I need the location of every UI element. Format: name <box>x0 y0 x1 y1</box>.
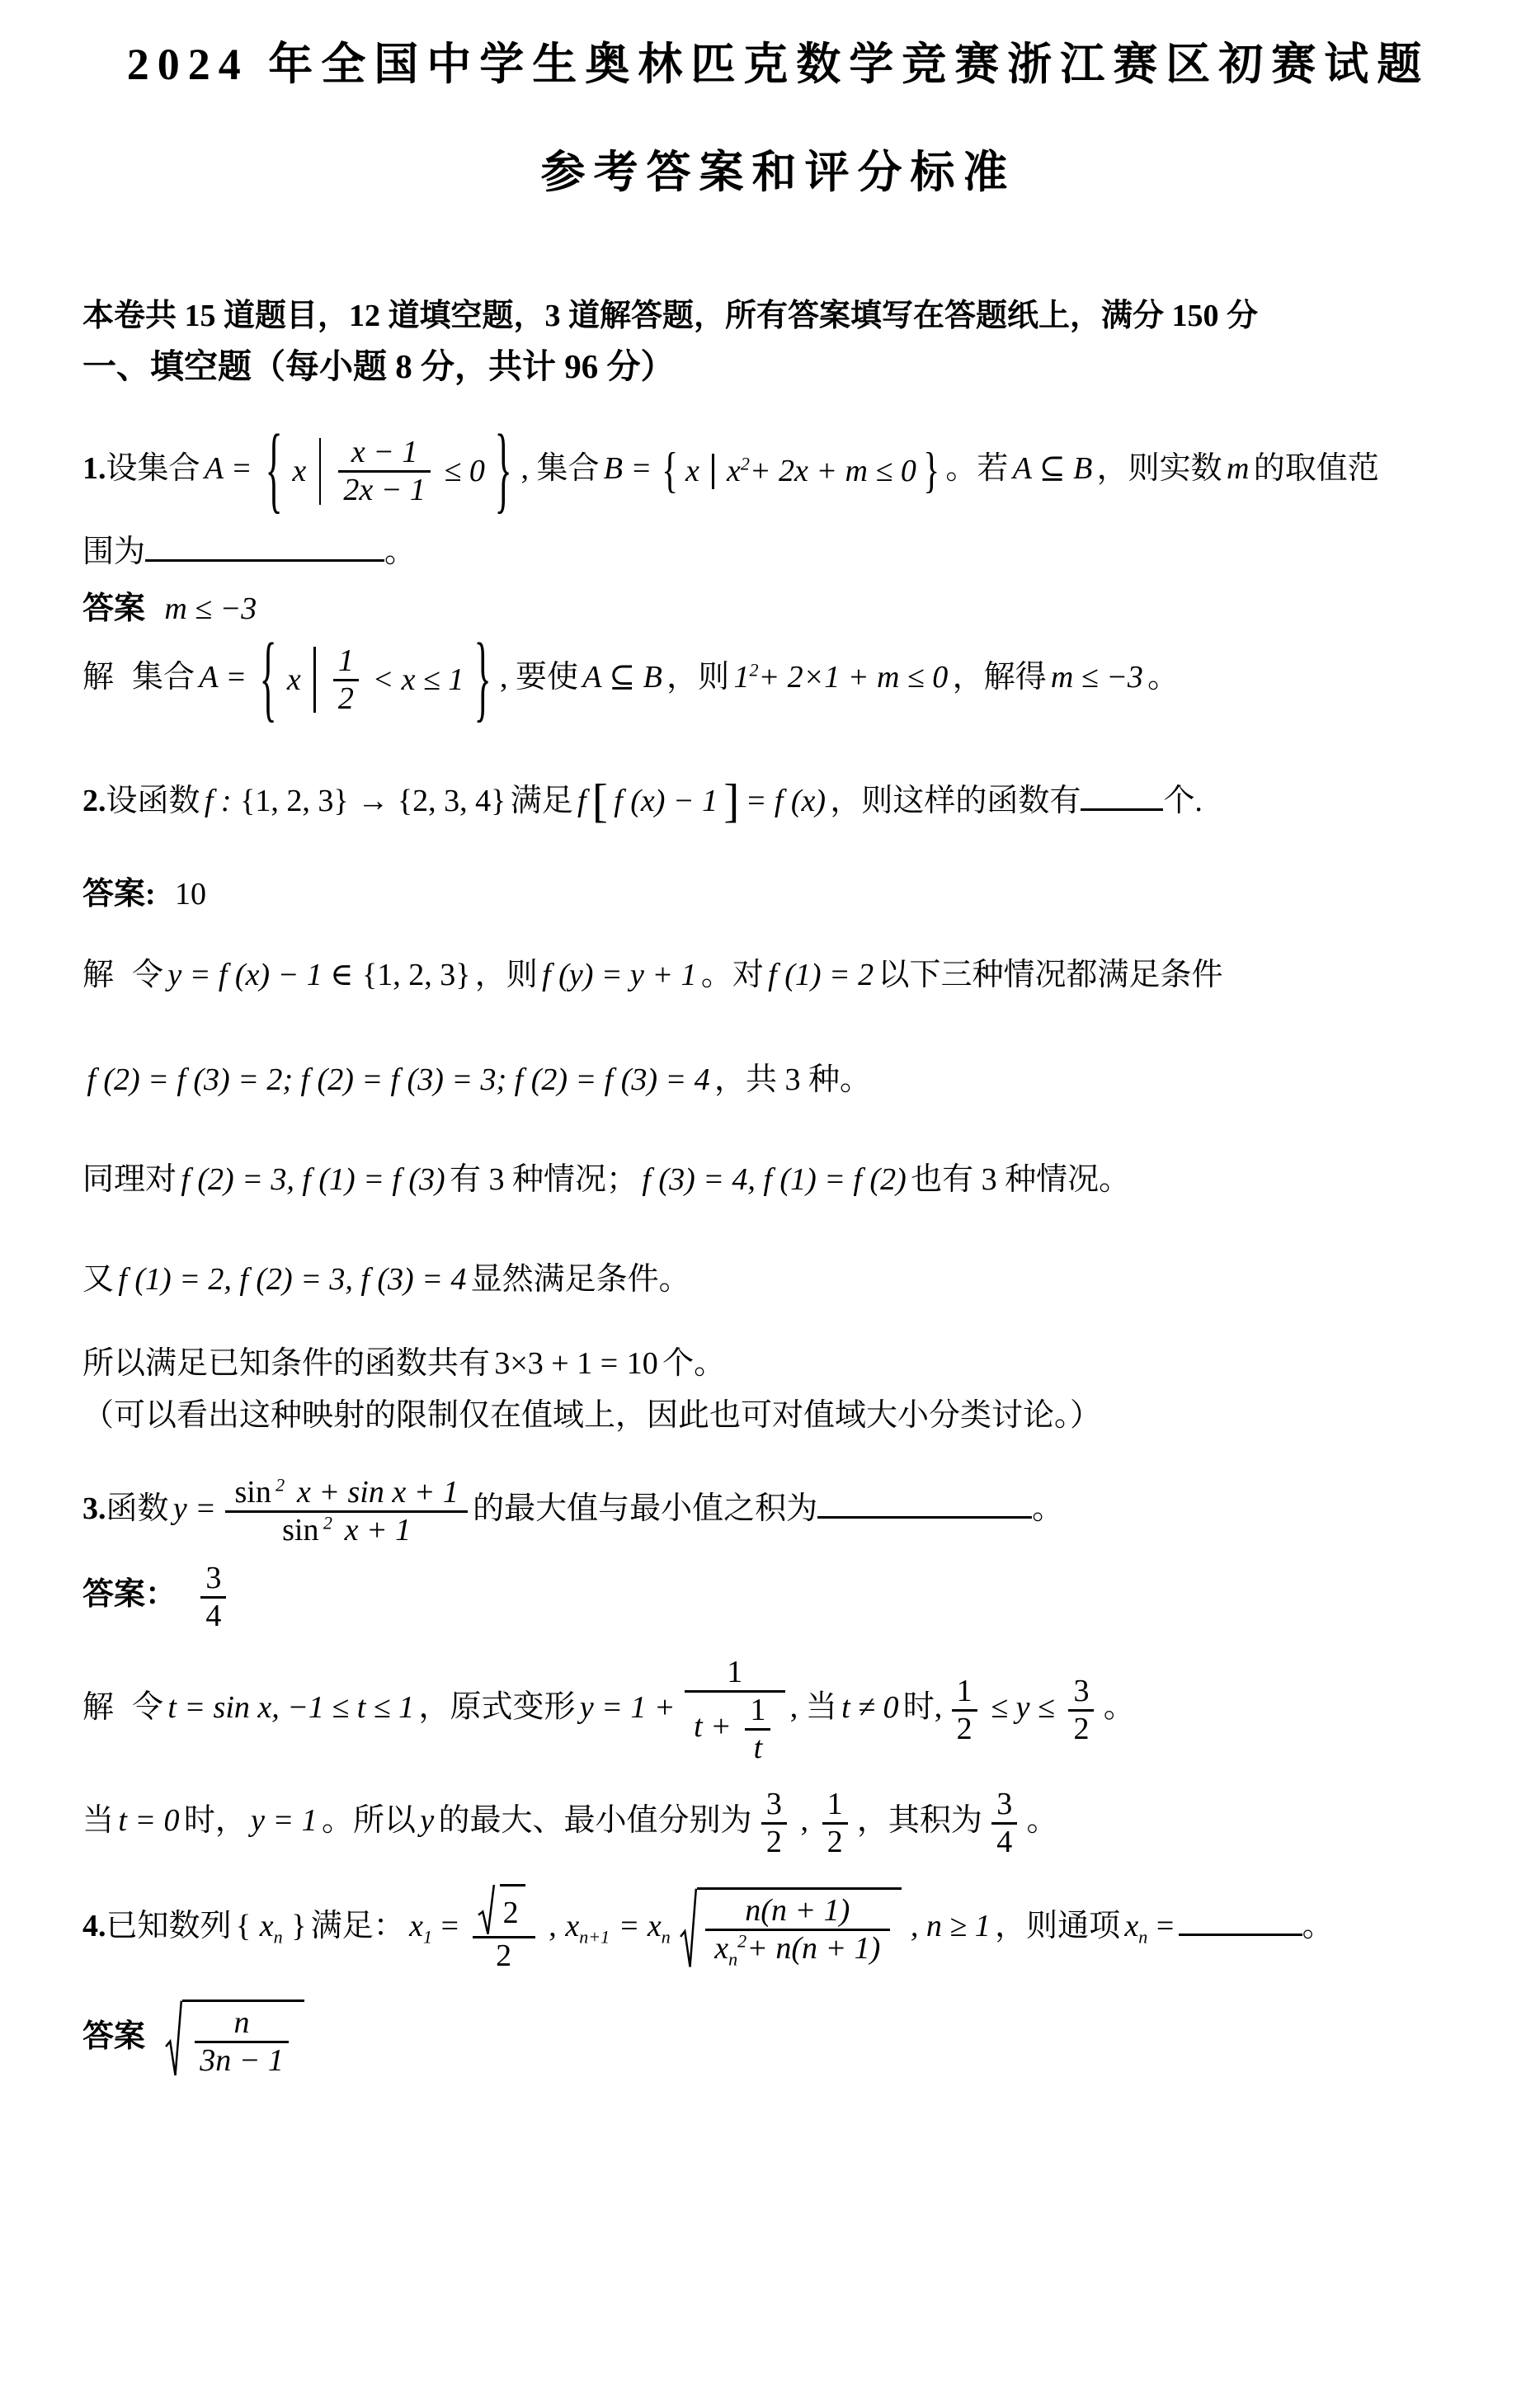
solution-label: 解 <box>82 1690 114 1725</box>
fraction-denominator: 2 <box>822 1822 848 1860</box>
fraction-numerator: sin2 x + sin x + 1 <box>225 1475 468 1510</box>
math-fraction: 12 <box>817 1787 852 1859</box>
section-1-header: 一、填空题（每小题 8 分，共计 96 分） <box>82 344 1474 389</box>
right-brace: } <box>291 1909 306 1943</box>
math-token: xn <box>260 1909 283 1943</box>
math-fraction: sin2 x + sin x + 1sin2 x + 1 <box>225 1475 468 1547</box>
solution-text: 又 <box>82 1262 114 1297</box>
fraction-denominator: 2 <box>473 1936 535 1974</box>
math-base: x <box>1124 1909 1138 1943</box>
radicand: 2 <box>500 1884 525 1936</box>
solution-text: 。 <box>1104 1690 1135 1725</box>
right-bracket: ] <box>723 775 739 827</box>
problem-1-text: 围为 <box>82 535 145 569</box>
left-brace: { <box>662 437 679 505</box>
sin-function: sin <box>282 1513 318 1547</box>
fraction-numerator: 3 <box>761 1787 787 1822</box>
math-fraction: 32 <box>757 1787 792 1859</box>
math-fraction: 32 <box>1064 1674 1099 1746</box>
square-root: 2 <box>478 1884 530 1936</box>
math-token: t = 0 <box>118 1803 179 1838</box>
answer-blank <box>1179 1906 1302 1936</box>
math-token: t + <box>694 1709 732 1744</box>
problem-2-text: ，则这样的函数有 <box>830 784 1081 818</box>
fraction-denominator: sin2 x + 1 <box>225 1510 468 1548</box>
problem-1-text: , 集合 <box>520 451 599 486</box>
math-token: y = <box>173 1491 216 1526</box>
solution-label: 解 <box>82 660 114 695</box>
math-fraction: 12 <box>947 1674 982 1746</box>
solution-text: 的最大、最小值分别为 <box>439 1803 752 1838</box>
math-token: 12+ 2×1 + m ≤ 0 <box>734 660 949 695</box>
problem-2-solution-line-3: 同理对f (2) = 3, f (1) = f (3)有 3 种情况；f (3)… <box>82 1159 1474 1201</box>
answer-fraction: n3n − 1 <box>191 2005 293 2078</box>
comma: , <box>549 1909 557 1943</box>
math-subscript: n <box>274 1927 283 1948</box>
problem-2-number: 2. <box>82 784 106 818</box>
solution-text: , 当 <box>790 1690 837 1725</box>
math-fraction: 34 <box>987 1787 1022 1859</box>
solution-text: 。 <box>1027 1803 1058 1838</box>
solution-text: 令 <box>132 1690 163 1725</box>
fraction-numerator: x − 1 <box>338 435 431 470</box>
solution-text: 时， <box>184 1803 247 1838</box>
answer-blank <box>1081 781 1163 811</box>
solution-text: ，则 <box>666 660 729 695</box>
right-brace: } <box>473 615 491 746</box>
math-subscript: n <box>728 1949 737 1970</box>
problem-1-statement: 1.设集合A ={xx − 12x − 1≤ 0}, 集合B ={xx2+ 2x… <box>82 435 1474 507</box>
problem-3-solution-line-1: 解令t = sin x, −1 ≤ t ≤ 1，原式变形y = 1 +1t +1… <box>82 1655 1474 1765</box>
math-token: m ≤ −3 <box>1051 660 1143 695</box>
math-token: = xn <box>619 1909 671 1943</box>
problem-4-text: 已知数列 <box>106 1909 232 1943</box>
fraction-denominator: 3n − 1 <box>195 2041 289 2079</box>
math-token: ≤ y ≤ <box>991 1690 1055 1725</box>
math-token: , n ≥ 1 <box>911 1909 991 1943</box>
solution-text: ，解得 <box>953 660 1047 695</box>
problem-1-number: 1. <box>82 451 106 486</box>
answer-label: 答案: <box>82 877 156 911</box>
set-divider-bar <box>319 438 322 504</box>
problem-3-text: 。 <box>1032 1491 1063 1526</box>
math-token: A ⊆ B <box>1013 451 1093 486</box>
problem-2-solution-line-5: 所以满足已知条件的函数共有3×3 + 1 =10个。 <box>82 1343 1474 1385</box>
solution-text: ，原式变形 <box>418 1690 575 1725</box>
set-B-notation: {xx2+ 2x + m ≤ 0} <box>659 450 942 492</box>
left-brace: { <box>260 615 277 746</box>
right-brace: } <box>495 406 512 537</box>
math-fraction: x − 12x − 1 <box>334 435 435 507</box>
problem-3-solution-line-2: 当t = 0时，y = 1。所以y的最大、最小值分别为32,12，其积为34。 <box>82 1787 1474 1859</box>
problem-2-solution-line-1: 解令y = f (x) − 1 ∈{1, 2, 3}，则f (y) = y + … <box>82 954 1474 996</box>
solution-text: 也有 3 种情况。 <box>911 1162 1130 1197</box>
solution-text: 。 <box>1147 660 1179 695</box>
math-token: f (1) = 2, f (2) = 3, f (3) = 4 <box>118 1262 466 1297</box>
fraction-numerator: 3 <box>200 1561 226 1596</box>
problem-1-solution: 解集合A ={x12< x ≤ 1}, 要使A ⊆ B，则12+ 2×1 + m… <box>82 643 1474 716</box>
math-superscript: 2 <box>750 659 759 680</box>
solution-text: 同理对 <box>82 1162 177 1197</box>
answer-value: 10 <box>175 877 206 911</box>
radicand: n3n − 1 <box>182 2000 304 2078</box>
problem-2-text: 满足 <box>511 784 573 818</box>
math-subscript: n+1 <box>579 1927 610 1948</box>
problem-4-text: 。 <box>1302 1909 1334 1943</box>
math-subscript: 1 <box>423 1927 432 1948</box>
solution-text: 当 <box>82 1803 114 1838</box>
square-root: n(n + 1)xn2+ n(n + 1) <box>680 1887 902 1970</box>
math-token: + 2×1 + m ≤ 0 <box>759 660 949 695</box>
math-superscript: 2 <box>741 453 750 473</box>
math-token: + n(n + 1) <box>746 1931 880 1966</box>
solution-text: 。对 <box>701 958 764 992</box>
math-token: y = 1 + <box>580 1690 676 1725</box>
math-token: A = <box>199 660 247 695</box>
right-brace: } <box>923 437 940 505</box>
math-token: x + sin x + 1 <box>289 1475 458 1510</box>
solution-text: 时, <box>903 1690 943 1725</box>
inner-fraction: 1t <box>741 1693 775 1765</box>
problem-1-text: 。 <box>384 535 416 569</box>
problem-2-text: 个. <box>1163 784 1203 818</box>
document-page: 2024 年全国中学生奥林匹克数学竞赛浙江赛区初赛试题 参考答案和评分标准 本卷… <box>0 0 1540 2079</box>
set-A-notation: {xx − 12x − 1≤ 0} <box>260 435 518 507</box>
fraction-denominator: t +1t <box>685 1690 785 1765</box>
problem-2-solution-note: （可以看出这种映射的限制仅在值域上，因此也可对值域大小分类讨论。） <box>82 1395 1474 1437</box>
fraction-numerator: 2 <box>468 1884 539 1936</box>
problem-2-solution-line-2: f (2) = f (3) = 2; f (2) = f (3) = 3; f … <box>82 1059 1474 1101</box>
solution-label: 解 <box>82 958 114 992</box>
problem-1-text: ，则实数 <box>1097 451 1222 486</box>
square-root: n3n − 1 <box>165 2000 304 2078</box>
fraction-numerator: 1 <box>689 1655 780 1690</box>
fraction-numerator: 1 <box>745 1693 770 1728</box>
math-token: A = <box>205 451 252 486</box>
math-token: xn <box>1124 1909 1147 1943</box>
solution-text: , 要使 <box>500 660 578 695</box>
problem-4-text: 满足： <box>311 1909 405 1943</box>
fraction-denominator: xn2+ n(n + 1) <box>705 1929 890 1970</box>
math-subscript: n <box>662 1927 671 1948</box>
math-token: f (2) = f (3) = 2; f (2) = f (3) = 3; f … <box>87 1062 709 1097</box>
problem-2-text: 设函数 <box>106 784 200 818</box>
solution-text: 集合 <box>132 660 195 695</box>
math-token: + 2x + m ≤ 0 <box>750 454 916 488</box>
math-token: f <box>577 784 586 818</box>
math-fraction: n(n + 1)xn2+ n(n + 1) <box>705 1893 890 1970</box>
fraction-denominator: 2 <box>761 1822 787 1860</box>
problem-2-answer: 答案:10 <box>82 874 1474 916</box>
math-subscript: n <box>1138 1927 1147 1948</box>
answer-label: 答案 <box>82 591 145 626</box>
left-brace: { <box>265 406 282 537</box>
math-token: 10 <box>627 1346 658 1381</box>
problem-2-statement: 2.设函数f :{1, 2, 3}→{2, 3, 4}满足f[f (x) − 1… <box>82 780 1474 827</box>
problem-4-answer: 答案n3n − 1 <box>82 2000 1474 2078</box>
problem-4-text: ，则通项 <box>995 1909 1120 1943</box>
math-token: x <box>287 659 301 701</box>
fraction-denominator: 4 <box>200 1596 226 1634</box>
radical-sign <box>165 2000 182 2078</box>
problem-1-answer: 答案m ≤ −3 <box>82 588 1474 630</box>
problem-2-solution-line-4: 又f (1) = 2, f (2) = 3, f (3) = 4显然满足条件。 <box>82 1259 1474 1301</box>
fraction-denominator: 2 <box>333 679 359 717</box>
arrow-symbol: → <box>357 784 389 818</box>
math-token: A ⊆ B <box>582 660 662 695</box>
solution-text: ，共 3 种。 <box>714 1062 871 1097</box>
problem-4-number: 4. <box>82 1909 106 1943</box>
answer-blank <box>817 1489 1032 1519</box>
math-token: = f (x) <box>746 784 826 818</box>
math-base: x <box>727 454 741 488</box>
fraction-denominator: 2 <box>952 1709 977 1747</box>
solution-text: ，则 <box>475 958 538 992</box>
math-token: x2+ 2x + m ≤ 0 <box>727 450 916 492</box>
math-token: f (y) = y + 1 <box>542 958 696 992</box>
problem-1-text: 设集合 <box>106 451 200 486</box>
math-token: x <box>685 450 699 492</box>
fraction-numerator: 3 <box>1068 1674 1094 1709</box>
solution-text: 以下三种情况都满足条件 <box>878 958 1222 992</box>
set-divider-bar <box>313 647 316 713</box>
sin-function: sin <box>234 1475 271 1510</box>
problem-3-answer: 答案：34 <box>82 1561 1474 1633</box>
solution-text: 有 3 种情况； <box>450 1162 638 1197</box>
math-token: t ≠ 0 <box>841 1690 898 1725</box>
fraction-numerator: 3 <box>991 1787 1017 1822</box>
math-base: x <box>260 1909 274 1943</box>
math-fraction: 12 <box>329 643 364 716</box>
fraction-denominator: t <box>745 1728 770 1766</box>
set-divider-bar <box>712 454 714 489</box>
problem-3-text: 函数 <box>106 1491 169 1526</box>
math-token: f (x) − 1 <box>614 784 718 818</box>
math-superscript: 2 <box>323 1512 332 1533</box>
set-literal: {1, 2, 3} <box>240 784 348 818</box>
left-bracket: [ <box>592 775 608 827</box>
math-token: t = sin x, −1 ≤ t ≤ 1 <box>167 1690 414 1725</box>
math-token: ≤ 0 <box>445 450 485 492</box>
problem-1-text: 。若 <box>945 451 1008 486</box>
math-token: f (1) = 2 <box>768 958 874 992</box>
math-fraction: 22 <box>468 1884 539 1973</box>
math-token: f (2) = 3, f (1) = f (3) <box>181 1162 445 1197</box>
math-superscript: 2 <box>737 1930 746 1951</box>
fraction-numerator: n <box>195 2005 289 2041</box>
fraction-denominator: 4 <box>991 1822 1017 1860</box>
math-token: m <box>1227 451 1249 486</box>
page-title: 2024 年全国中学生奥林匹克数学竞赛浙江赛区初赛试题 <box>82 35 1474 95</box>
math-token: x1 <box>409 1909 432 1943</box>
exam-instructions: 本卷共 15 道题目，12 道填空题，3 道解答题，所有答案填写在答题纸上，满分… <box>82 295 1474 337</box>
radicand: n(n + 1)xn2+ n(n + 1) <box>697 1887 902 1970</box>
math-token: y = f (x) − 1 ∈ <box>167 958 353 992</box>
radical-sign <box>478 1884 495 1936</box>
solution-text: 令 <box>132 958 163 992</box>
math-token: 3×3 + 1 = <box>494 1346 618 1381</box>
math-base: x <box>409 1909 423 1943</box>
math-token: x <box>292 450 306 492</box>
solution-text: ，其积为 <box>857 1803 982 1838</box>
fraction-numerator: 1 <box>333 643 359 679</box>
math-token: xn2+ n(n + 1) <box>714 1931 880 1966</box>
comma: , <box>800 1803 808 1838</box>
fraction-numerator: n(n + 1) <box>709 1893 885 1929</box>
problem-3-number: 3. <box>82 1491 106 1526</box>
math-token: y <box>420 1803 434 1838</box>
answer-label: 答案 <box>82 2019 145 2054</box>
answer-fraction: 34 <box>196 1561 231 1633</box>
fraction-denominator: 2x − 1 <box>338 470 431 508</box>
set-literal: {2, 3, 4} <box>398 784 506 818</box>
math-base: x <box>714 1931 728 1966</box>
fraction-numerator: 1 <box>822 1787 848 1822</box>
radical-sign <box>680 1887 697 1970</box>
problem-3-text: 的最大值与最小值之积为 <box>473 1491 817 1526</box>
math-token: x + 1 <box>337 1513 411 1547</box>
set-A-notation: {x12< x ≤ 1} <box>254 643 497 716</box>
math-base: x <box>565 1909 579 1943</box>
answer-value: m ≤ −3 <box>164 591 257 626</box>
math-token: y = 1 <box>251 1803 318 1838</box>
math-base: 1 <box>734 660 750 695</box>
set-literal: {1, 2, 3} <box>362 958 470 992</box>
problem-1-text: 的取值范 <box>1254 451 1379 486</box>
problem-3-statement: 3.函数y =sin2 x + sin x + 1sin2 x + 1的最大值与… <box>82 1475 1474 1547</box>
solution-text: 个。 <box>662 1346 725 1381</box>
solution-text: 所以满足已知条件的函数共有 <box>82 1346 490 1381</box>
math-token: f (3) = 4, f (1) = f (2) <box>642 1162 906 1197</box>
solution-text: （可以看出这种映射的限制仅在值域上，因此也可对值域大小分类讨论。） <box>82 1398 1101 1433</box>
nested-fraction: 1t +1t <box>685 1655 785 1765</box>
math-token: = x <box>619 1909 662 1943</box>
math-token: xn+1 <box>565 1909 610 1943</box>
page-subtitle: 参考答案和评分标准 <box>82 143 1474 203</box>
problem-1-statement-continued: 围为。 <box>82 531 1474 573</box>
math-token: f : <box>205 784 232 818</box>
fraction-denominator: 2 <box>1068 1709 1094 1747</box>
math-superscript: 2 <box>276 1475 285 1496</box>
problem-4-statement: 4.已知数列{xn}满足：x1=22,xn+1= xnn(n + 1)xn2+ … <box>82 1884 1474 1973</box>
fraction-numerator: 1 <box>952 1674 977 1709</box>
math-token: B = <box>604 451 652 486</box>
math-token: < x ≤ 1 <box>373 659 464 701</box>
equals-sign: = <box>1156 1909 1174 1943</box>
equals-sign: = <box>441 1909 459 1943</box>
answer-label: 答案： <box>82 1577 177 1612</box>
solution-text: 显然满足条件。 <box>471 1262 690 1297</box>
left-brace: { <box>236 1909 251 1943</box>
solution-text: 。所以 <box>322 1803 416 1838</box>
